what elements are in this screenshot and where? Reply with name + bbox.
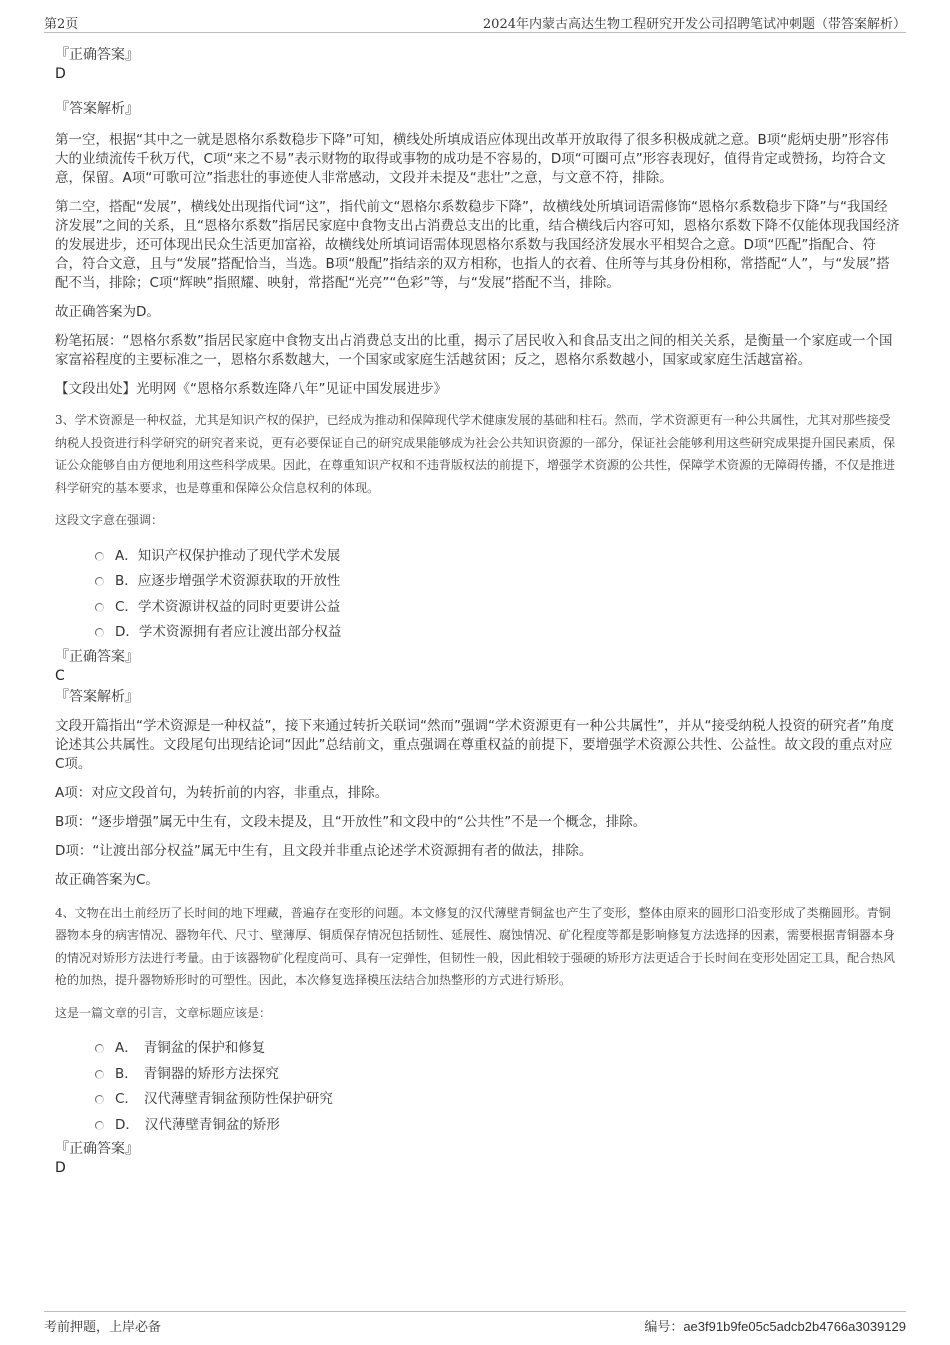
analysis-option-b: B项：“逐步增强”属无中生有，文段未提及，且“开放性”和文段中的“公共性”不是一… [55, 813, 900, 832]
page-footer: 考前押题，上岸必备 编号：ae3f91b9fe05c5adcb2b4766a30… [44, 1311, 906, 1338]
radio-button-icon[interactable] [95, 552, 104, 561]
source-citation: 【文段出处】光明网《“恩格尔系数连降八年”见证中国发展进步》 [55, 380, 900, 399]
document-body: 『正确答案』 D 『答案解析』 第一空，根据“其中之一就是恩格尔系数稳步下降”可… [55, 46, 900, 1178]
correct-answer-value: D [55, 1159, 900, 1178]
option-letter: A． [115, 1040, 138, 1056]
code-label: 编号： [644, 1320, 683, 1335]
question-4: 4、文物在出土前经历了长时间的地下埋藏，普遍存在变形的问题。本文修复的汉代薄壁青… [55, 902, 900, 1179]
option-letter: D． [115, 1117, 139, 1133]
question-2-tail: 『正确答案』 D 『答案解析』 第一空，根据“其中之一就是恩格尔系数稳步下降”可… [55, 46, 900, 399]
option-text: 知识产权保护推动了现代学术发展 [138, 548, 341, 564]
analysis-conclusion: 故正确答案为C。 [55, 871, 900, 890]
option-d[interactable]: D．汉代薄壁青铜盆的矫形 [55, 1113, 900, 1139]
analysis-option-d: D项：“让渡出部分权益”属无中生有，且文段并非重点论述学术资源拥有者的做法，排除… [55, 842, 900, 861]
option-list: A．知识产权保护推动了现代学术发展 B．应逐步增强学术资源获取的开放性 C．学术… [55, 544, 900, 646]
analysis-label: 『答案解析』 [55, 100, 900, 119]
option-text: 应逐步增强学术资源获取的开放性 [138, 573, 341, 589]
option-text: 汉代薄壁青铜盆的矫形 [139, 1117, 280, 1133]
option-letter: D． [115, 624, 139, 640]
analysis-paragraph: 文段开篇指出“学术资源是一种权益”，接下来通过转折关联词“然而”强调“学术资源更… [55, 717, 900, 774]
analysis-conclusion: 故正确答案为D。 [55, 303, 900, 322]
option-text: 汉代薄壁青铜盆预防性保护研究 [138, 1091, 333, 1107]
page-header: 第2页 2024年内蒙古高达生物工程研究开发公司招聘笔试冲刺题（带答案解析） [44, 10, 906, 33]
option-text: 青铜盆的保护和修复 [138, 1040, 266, 1056]
radio-button-icon[interactable] [95, 628, 104, 637]
correct-answer-value: C [55, 667, 900, 686]
question-stem: 4、文物在出土前经历了长时间的地下埋藏，普遍存在变形的问题。本文修复的汉代薄壁青… [55, 902, 900, 992]
question-prompt: 这是一篇文章的引言，文章标题应该是： [55, 1002, 900, 1025]
option-a[interactable]: A．知识产权保护推动了现代学术发展 [55, 544, 900, 570]
correct-answer-label: 『正确答案』 [55, 46, 900, 65]
analysis-paragraph: 第二空，搭配“发展”，横线处出现指代词“这”，指代前文“恩格尔系数稳步下降”，故… [55, 198, 900, 293]
option-c[interactable]: C．汉代薄壁青铜盆预防性保护研究 [55, 1087, 900, 1113]
radio-button-icon[interactable] [95, 603, 104, 612]
correct-answer-label: 『正确答案』 [55, 648, 900, 667]
option-b[interactable]: B．应逐步增强学术资源获取的开放性 [55, 569, 900, 595]
extension-paragraph: 粉笔拓展：“恩格尔系数”指居民家庭中食物支出占消费总支出的比重，揭示了居民收入和… [55, 332, 900, 370]
document-code: 编号：ae3f91b9fe05c5adcb2b4766a3039129 [644, 1316, 906, 1335]
correct-answer-label: 『正确答案』 [55, 1140, 900, 1159]
footer-slogan: 考前押题，上岸必备 [44, 1316, 161, 1335]
radio-button-icon[interactable] [95, 577, 104, 586]
correct-answer-value: D [55, 65, 900, 84]
question-stem: 3、学术资源是一种权益，尤其是知识产权的保护，已经成为推动和保障现代学术健康发展… [55, 409, 900, 499]
option-letter: C． [115, 1091, 138, 1107]
option-text: 学术资源拥有者应让渡出部分权益 [139, 624, 342, 640]
radio-button-icon[interactable] [95, 1070, 104, 1079]
code-value: ae3f91b9fe05c5adcb2b4766a3039129 [683, 1319, 906, 1334]
analysis-option-a: A项：对应文段首句，为转折前的内容，非重点，排除。 [55, 784, 900, 803]
option-b[interactable]: B．青铜器的矫形方法探究 [55, 1062, 900, 1088]
radio-button-icon[interactable] [95, 1044, 104, 1053]
page-number: 第2页 [44, 13, 78, 32]
analysis-paragraph: 第一空，根据“其中之一就是恩格尔系数稳步下降”可知，横线处所填成语应体现出改革开… [55, 131, 900, 188]
option-letter: C． [115, 599, 138, 615]
option-list: A．青铜盆的保护和修复 B．青铜器的矫形方法探究 C．汉代薄壁青铜盆预防性保护研… [55, 1036, 900, 1138]
radio-button-icon[interactable] [95, 1095, 104, 1104]
option-a[interactable]: A．青铜盆的保护和修复 [55, 1036, 900, 1062]
option-letter: B． [115, 1066, 138, 1082]
radio-button-icon[interactable] [95, 1121, 104, 1130]
option-text: 学术资源讲权益的同时更要讲公益 [138, 599, 341, 615]
option-d[interactable]: D．学术资源拥有者应让渡出部分权益 [55, 620, 900, 646]
option-c[interactable]: C．学术资源讲权益的同时更要讲公益 [55, 595, 900, 621]
question-prompt: 这段文字意在强调： [55, 509, 900, 532]
option-letter: A． [115, 548, 138, 564]
option-text: 青铜器的矫形方法探究 [138, 1066, 279, 1082]
option-letter: B． [115, 573, 138, 589]
analysis-label: 『答案解析』 [55, 688, 900, 707]
question-3: 3、学术资源是一种权益，尤其是知识产权的保护，已经成为推动和保障现代学术健康发展… [55, 409, 900, 890]
document-title: 2024年内蒙古高达生物工程研究开发公司招聘笔试冲刺题（带答案解析） [483, 13, 906, 32]
